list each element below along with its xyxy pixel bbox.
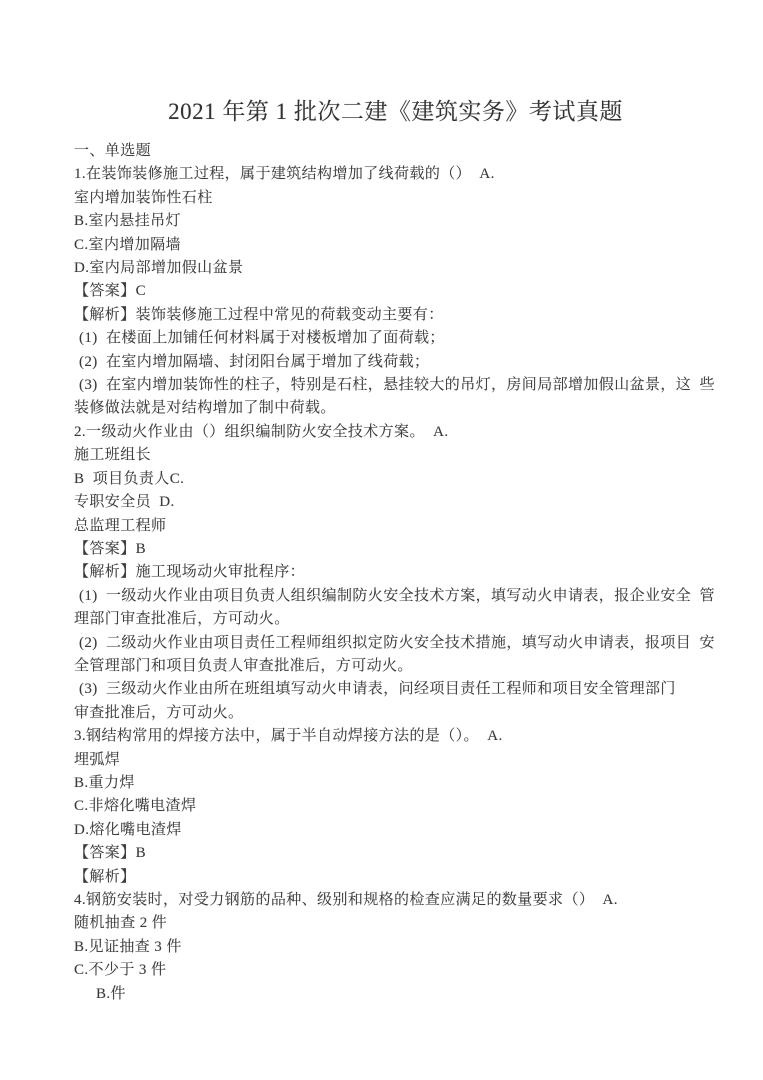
- question-2-answer: 【答案】B: [74, 538, 717, 561]
- question-2-analysis-item-3-cont: 审查批准后，方可动火。: [74, 702, 717, 725]
- question-1-stem: 1.在装饰装修施工过程，属于建筑结构增加了线荷载的（） A.: [74, 163, 717, 186]
- question-1-analysis-item-3: (3) 在室内增加装饰性的柱子，特别是石柱，悬挂较大的吊灯，房间局部增加假山盆景…: [74, 374, 717, 397]
- question-3-option-b: B.重力焊: [74, 772, 717, 795]
- document-content: 2021 年第 1 批次二建《建筑实务》考试真题 一、单选题 1.在装饰装修施工…: [0, 0, 763, 1006]
- question-4-stem: 4.钢筋安装时，对受力钢筋的品种、级别和规格的检查应满足的数量要求（） A.: [74, 889, 717, 912]
- page-title: 2021 年第 1 批次二建《建筑实务》考试真题: [74, 97, 717, 127]
- question-2-option-a: 施工班组长: [74, 444, 717, 467]
- question-3: 3.钢结构常用的焊接方法中，属于半自动焊接方法的是（）。 A. 埋弧焊 B.重力…: [74, 725, 717, 889]
- question-2-analysis-item-1: (1) 一级动火作业由项目负责人组织编制防火安全技术方案，填写动火申请表，报企业…: [74, 585, 717, 608]
- question-4: 4.钢筋安装时，对受力钢筋的品种、级别和规格的检查应满足的数量要求（） A. 随…: [74, 889, 717, 1006]
- question-1-option-d: D.室内局部增加假山盆景: [74, 257, 717, 280]
- question-3-option-d: D.熔化嘴电渣焊: [74, 819, 717, 842]
- question-1-option-a: 室内增加装饰性石柱: [74, 187, 717, 210]
- section-heading: 一、单选题: [74, 140, 717, 163]
- question-2-option-b: B 项目负责人C.: [74, 468, 717, 491]
- question-1-analysis-item-1: (1) 在楼面上加铺任何材料属于对楼板增加了面荷载；: [74, 327, 717, 350]
- question-4-option-a: 随机抽查 2 件: [74, 912, 717, 935]
- question-2-option-c: 专职安全员 D.: [74, 491, 717, 514]
- question-1-option-c: C.室内增加隔墙: [74, 234, 717, 257]
- question-4-option-c: C.不少于 3 件: [74, 959, 717, 982]
- question-2-analysis-item-3: (3) 三级动火作业由所在班组填写动火申请表，问经项目责任工程师和项目安全管理部…: [74, 678, 717, 701]
- question-4-option-b: B.见证抽查 3 件: [74, 936, 717, 959]
- question-2-analysis-intro: 【解析】施工现场动火审批程序：: [74, 561, 717, 584]
- question-2-stem: 2.一级动火作业由（）组织编制防火安全技术方案。 A.: [74, 421, 717, 444]
- question-3-answer: 【答案】B: [74, 842, 717, 865]
- question-1: 1.在装饰装修施工过程，属于建筑结构增加了线荷载的（） A. 室内增加装饰性石柱…: [74, 163, 717, 420]
- question-3-option-a: 埋弧焊: [74, 749, 717, 772]
- question-3-option-c: C.非熔化嘴电渣焊: [74, 795, 717, 818]
- question-1-analysis-intro: 【解析】装饰装修施工过程中常见的荷载变动主要有：: [74, 304, 717, 327]
- question-1-analysis-item-2: (2) 在室内增加隔墙、封闭阳台属于增加了线荷载；: [74, 351, 717, 374]
- question-4-option-fragment: B.件: [74, 983, 717, 1006]
- question-2-analysis-item-2: (2) 二级动火作业由项目责任工程师组织拟定防火安全技术措施，填写动火申请表，报…: [74, 632, 717, 655]
- question-1-option-b: B.室内悬挂吊灯: [74, 210, 717, 233]
- question-2-option-d: 总监理工程师: [74, 515, 717, 538]
- question-1-analysis-item-3-cont: 装修做法就是对结构增加了制中荷载。: [74, 397, 717, 420]
- question-2-analysis-item-1-cont: 理部门审查批准后，方可动火。: [74, 608, 717, 631]
- question-2-analysis-item-2-cont: 全管理部门和项目负责人审查批准后，方可动火。: [74, 655, 717, 678]
- question-3-stem: 3.钢结构常用的焊接方法中，属于半自动焊接方法的是（）。 A.: [74, 725, 717, 748]
- document-page: 2021 年第 1 批次二建《建筑实务》考试真题 一、单选题 1.在装饰装修施工…: [0, 0, 763, 1080]
- question-3-analysis-intro: 【解析】: [74, 866, 717, 889]
- question-1-answer: 【答案】C: [74, 280, 717, 303]
- question-2: 2.一级动火作业由（）组织编制防火安全技术方案。 A. 施工班组长 B 项目负责…: [74, 421, 717, 725]
